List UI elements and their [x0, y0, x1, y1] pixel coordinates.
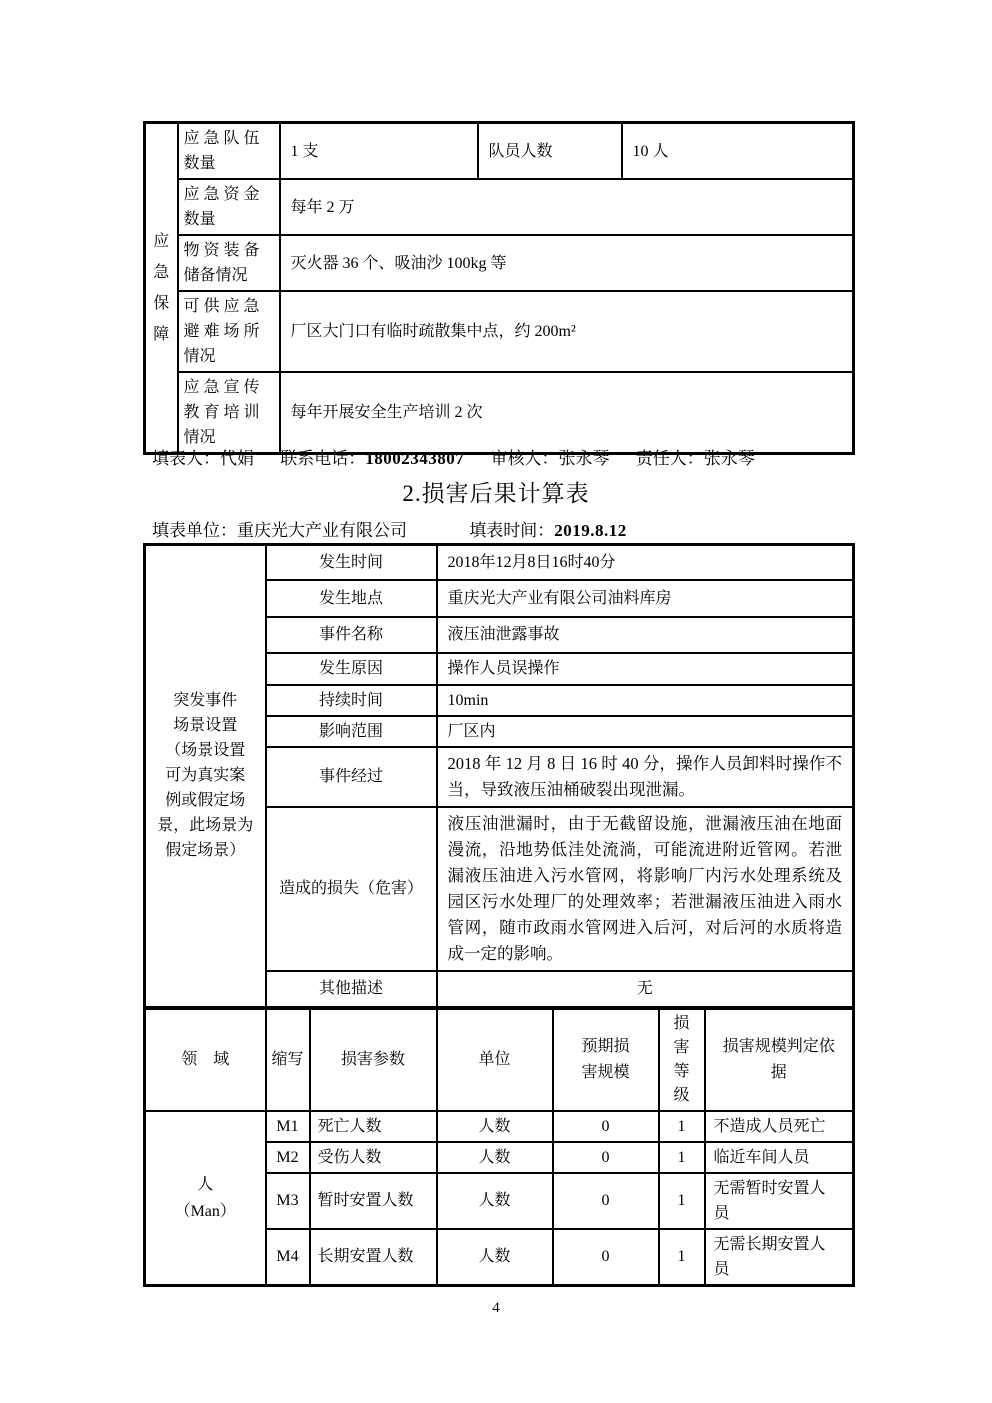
scenario-value-scope: 厂区内 [437, 716, 854, 747]
scenario-label-scope: 影响范围 [266, 716, 437, 747]
phone-label: 联系电话： [280, 449, 365, 468]
members-value: 10 人 [622, 123, 854, 180]
row-label-shelter: 可 供 应 急 避 难 场 所 情况 [178, 291, 280, 372]
filler-field: 填表人：代娟 [152, 449, 254, 468]
date-field: 填表时间：2019.8.12 [469, 521, 627, 540]
page-number: 4 [0, 1300, 992, 1317]
group-header-emergency-support: 应急保障 [145, 123, 178, 454]
unit-label: 填表单位： [152, 521, 237, 540]
m3-level: 1 [659, 1173, 705, 1229]
phone-number: 18002343807 [365, 449, 464, 468]
row-label-training: 应 急 宣 传 教 育 培 训 情况 [178, 372, 280, 454]
m4-param: 长期安置人数 [310, 1229, 437, 1286]
filler-name: 代娟 [220, 449, 254, 468]
scenario-label-time: 发生时间 [266, 545, 437, 580]
training-value: 每年开展安全生产培训 2 次 [280, 372, 854, 454]
header-domain: 领 域 [145, 1008, 266, 1111]
header-expected-scale: 预期损 害规模 [553, 1008, 659, 1111]
scenario-value-process: 2018 年 12 月 8 日 16 时 40 分，操作人员卸料时操作不当，导致… [437, 747, 854, 807]
header-param: 损害参数 [310, 1008, 437, 1111]
m3-unit: 人数 [437, 1173, 553, 1229]
supplies-value: 灭火器 36 个、吸油沙 100kg 等 [280, 235, 854, 291]
scenario-label-other: 其他描述 [266, 971, 437, 1008]
m3-abbr: M3 [266, 1173, 310, 1229]
m3-basis: 无需暂时安置人 员 [705, 1173, 854, 1229]
signature-line: 填表人：代娟 联系电话：18002343807 审核人：张永琴 责任人：张永琴 [152, 444, 755, 469]
scenario-label-duration: 持续时间 [266, 685, 437, 716]
header-damage-level: 损 害 等 级 [659, 1008, 705, 1111]
m2-expected: 0 [553, 1142, 659, 1173]
filler-label: 填表人： [152, 449, 220, 468]
scenario-group-header: 突发事件 场景设置 （场景设置 可为真实案 例或假定场 景，此场景为 假定场景） [145, 545, 266, 1008]
m4-expected: 0 [553, 1229, 659, 1286]
m3-expected: 0 [553, 1173, 659, 1229]
header-abbr: 缩写 [266, 1008, 310, 1111]
row-label-supplies: 物 资 装 备 储备情况 [178, 235, 280, 291]
m3-param: 暂时安置人数 [310, 1173, 437, 1229]
team-count-value: 1 支 [280, 123, 478, 180]
m4-unit: 人数 [437, 1229, 553, 1286]
members-label: 队员人数 [478, 123, 622, 180]
m2-param: 受伤人数 [310, 1142, 437, 1173]
m1-unit: 人数 [437, 1111, 553, 1142]
group-header-man: 人 （Man） [145, 1111, 266, 1286]
scenario-value-cause: 操作人员误操作 [437, 653, 854, 685]
m1-level: 1 [659, 1111, 705, 1142]
reviewer-name: 张永琴 [559, 449, 610, 468]
scenario-label-event-name: 事件名称 [266, 617, 437, 653]
header-unit: 单位 [437, 1008, 553, 1111]
m4-level: 1 [659, 1229, 705, 1286]
section-title: 2.损害后果计算表 [0, 475, 992, 508]
reviewer-label: 审核人： [491, 449, 559, 468]
scenario-label-process: 事件经过 [266, 747, 437, 807]
date-value: 2019.8.12 [554, 521, 627, 540]
header-basis: 损害规模判定依 据 [705, 1008, 854, 1111]
row-label-team-count: 应 急 队 伍 数量 [178, 123, 280, 180]
responsible-field: 责任人：张永琴 [636, 449, 755, 468]
scenario-label-cause: 发生原因 [266, 653, 437, 685]
scenario-value-other: 无 [437, 971, 854, 1008]
scenario-label-place: 发生地点 [266, 580, 437, 617]
m1-abbr: M1 [266, 1111, 310, 1142]
scenario-value-time: 2018年12月8日16时40分 [437, 545, 854, 580]
emergency-support-table: 应急保障 应 急 队 伍 数量 1 支 队员人数 10 人 应 急 资 金 数量… [143, 121, 855, 455]
scenario-value-place: 重庆光大产业有限公司油料库房 [437, 580, 854, 617]
m2-level: 1 [659, 1142, 705, 1173]
scenario-value-duration: 10min [437, 685, 854, 716]
scenario-value-event-name: 液压油泄露事故 [437, 617, 854, 653]
m2-basis: 临近车间人员 [705, 1142, 854, 1173]
m4-basis: 无需长期安置人 员 [705, 1229, 854, 1286]
scenario-value-loss: 液压油泄漏时，由于无截留设施，泄漏液压油在地面漫流，沿地势低洼处流淌，可能流进附… [437, 807, 854, 971]
m2-unit: 人数 [437, 1142, 553, 1173]
responsible-label: 责任人： [636, 449, 704, 468]
m1-param: 死亡人数 [310, 1111, 437, 1142]
m1-expected: 0 [553, 1111, 659, 1142]
unit-name: 重庆光大产业有限公司 [237, 521, 407, 540]
m4-abbr: M4 [266, 1229, 310, 1286]
date-label: 填表时间： [469, 521, 554, 540]
m1-basis: 不造成人员死亡 [705, 1111, 854, 1142]
reviewer-field: 审核人：张永琴 [491, 449, 610, 468]
document-page: 应急保障 应 急 队 伍 数量 1 支 队员人数 10 人 应 急 资 金 数量… [0, 0, 992, 1403]
fund-value: 每年 2 万 [280, 179, 854, 235]
shelter-value: 厂区大门口有临时疏散集中点，约 200m² [280, 291, 854, 372]
damage-consequence-table: 突发事件 场景设置 （场景设置 可为真实案 例或假定场 景，此场景为 假定场景）… [143, 543, 855, 1287]
unit-field: 填表单位：重庆光大产业有限公司 [152, 521, 407, 540]
scenario-label-loss: 造成的损失（危害） [266, 807, 437, 971]
m2-abbr: M2 [266, 1142, 310, 1173]
row-label-fund: 应 急 资 金 数量 [178, 179, 280, 235]
phone-field: 联系电话：18002343807 [280, 449, 464, 468]
form-info-line: 填表单位：重庆光大产业有限公司 填表时间：2019.8.12 [152, 516, 627, 541]
responsible-name: 张永琴 [704, 449, 755, 468]
